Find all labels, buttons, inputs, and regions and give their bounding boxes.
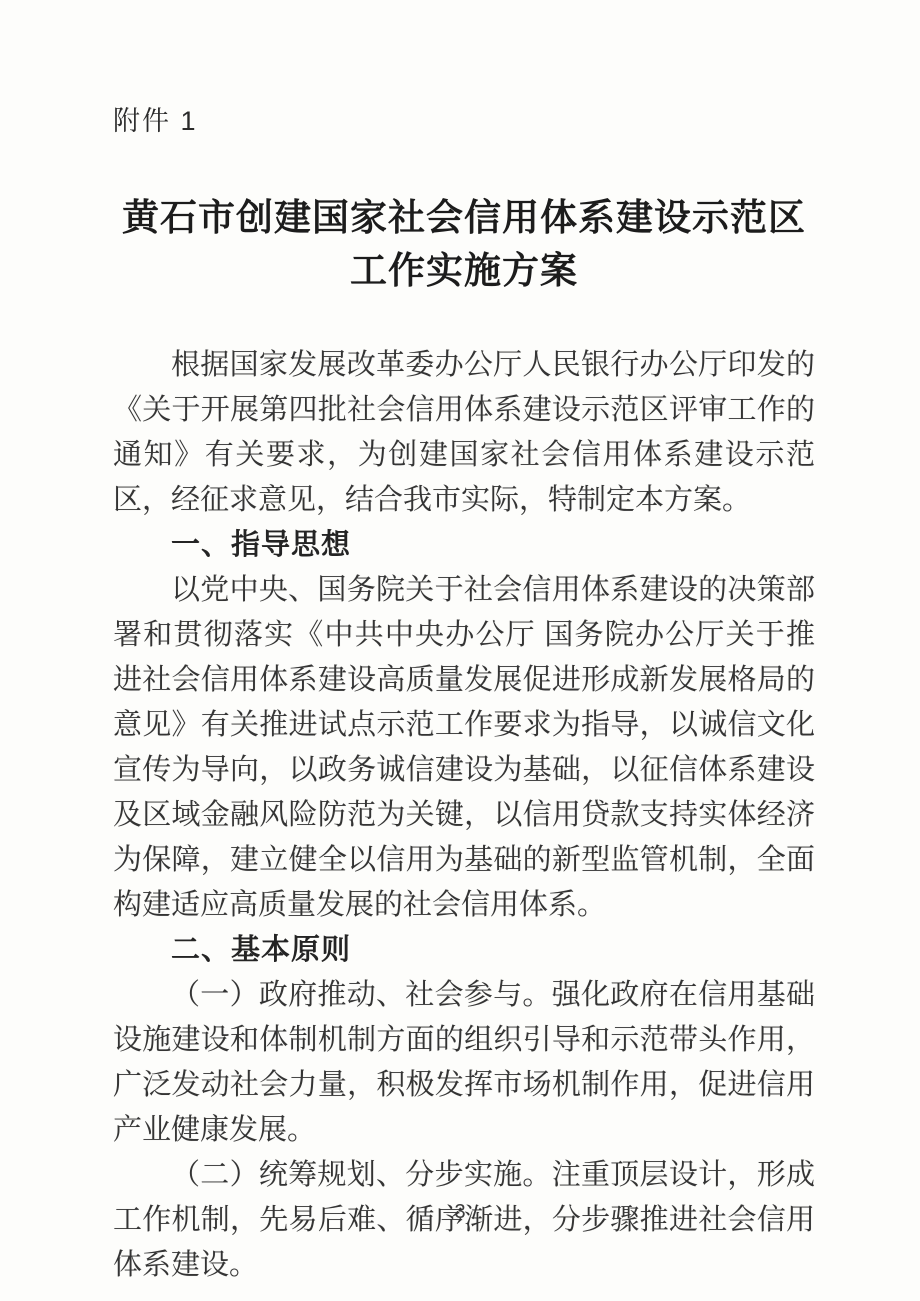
document-title: 黄石市创建国家社会信用体系建设示范区工作实施方案 <box>113 192 815 298</box>
section-heading-guiding-ideology: 一、指导思想 <box>113 523 815 568</box>
document-page: 附件 1 黄石市创建国家社会信用体系建设示范区工作实施方案 根据国家发展改革委办… <box>0 0 920 1301</box>
page-number: 3 <box>0 1201 920 1224</box>
document-title-line2: 工作实施方案 <box>350 251 578 292</box>
attachment-label: 附件 1 <box>113 102 815 140</box>
document-title-line1: 黄石市创建国家社会信用体系建设示范区 <box>122 198 806 239</box>
paragraph-principle-1: （一）政府推动、社会参与。强化政府在信用基础设施建设和体制机制方面的组织引导和示… <box>113 973 815 1153</box>
paragraph-guiding-ideology: 以党中央、国务院关于社会信用体系建设的决策部署和贯彻落实《中共中央办公厅 国务院… <box>113 568 815 928</box>
document-body: 根据国家发展改革委办公厅人民银行办公厅印发的《关于开展第四批社会信用体系建设示范… <box>113 343 815 1288</box>
section-heading-basic-principles: 二、基本原则 <box>113 928 815 973</box>
document-content: 附件 1 黄石市创建国家社会信用体系建设示范区工作实施方案 根据国家发展改革委办… <box>113 0 815 1288</box>
paragraph-intro: 根据国家发展改革委办公厅人民银行办公厅印发的《关于开展第四批社会信用体系建设示范… <box>113 343 815 523</box>
